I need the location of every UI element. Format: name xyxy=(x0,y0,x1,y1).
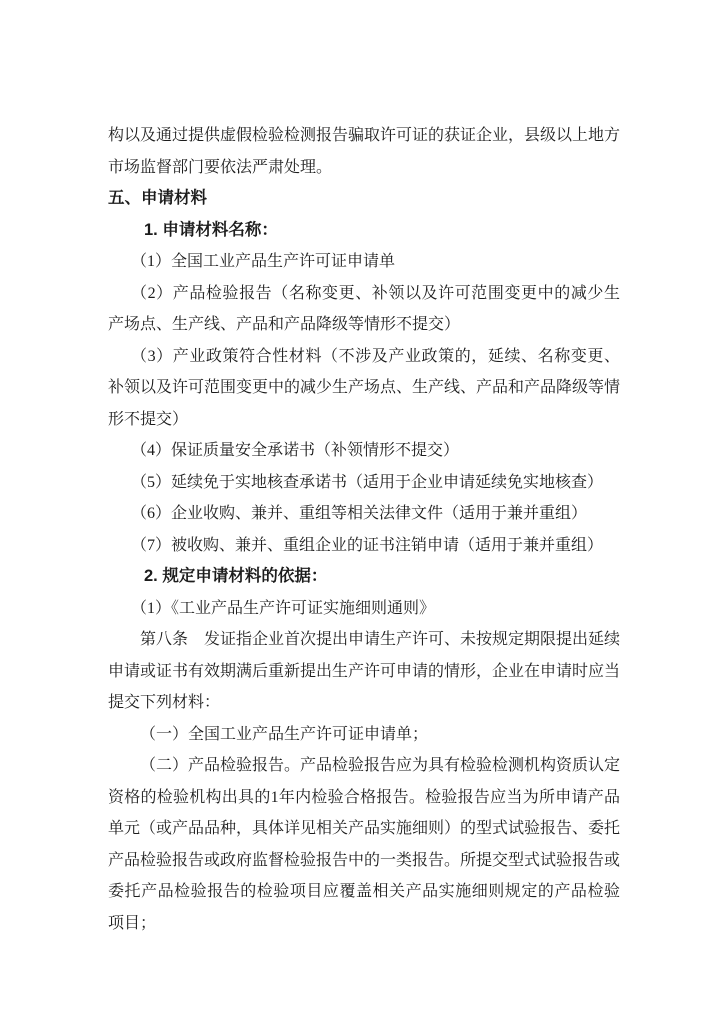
section-heading: 五、申请材料 xyxy=(108,183,620,215)
text-line: 产品检验报告或政府监督检验报告中的一类报告。所提交型式试验报告或 xyxy=(108,845,620,877)
list-item: （3）产业政策符合性材料（不涉及产业政策的，延续、名称变更、 xyxy=(108,341,620,373)
subsection-heading-1: 1. 申请材料名称： xyxy=(108,215,620,247)
list-item: （二）产品检验报告。产品检验报告应为具有检验检测机构资质认定 xyxy=(108,750,620,782)
text-line: 形不提交） xyxy=(108,404,620,436)
subsection-heading-2: 2. 规定申请材料的依据： xyxy=(108,561,620,593)
text-line: 单元（或产品品种，具体详见相关产品实施细则）的型式试验报告、委托 xyxy=(108,813,620,845)
text-line: 提交下列材料： xyxy=(108,687,620,719)
text-line: 补领以及许可范围变更中的减少生产场点、生产线、产品和产品降级等情 xyxy=(108,372,620,404)
list-item: （1）《工业产品生产许可证实施细则通则》 xyxy=(108,593,620,625)
text-line: 委托产品检验报告的检验项目应覆盖相关产品实施细则规定的产品检验 xyxy=(108,876,620,908)
text-line: 申请或证书有效期满后重新提出生产许可申请的情形，企业在申请时应当 xyxy=(108,656,620,688)
text-line: 项目； xyxy=(108,908,620,940)
list-item: （2）产品检验报告（名称变更、补领以及许可范围变更中的减少生 xyxy=(108,278,620,310)
list-item: （6）企业收购、兼并、重组等相关法律文件（适用于兼并重组） xyxy=(108,498,620,530)
text-line: 构以及通过提供虚假检验检测报告骗取许可证的获证企业，县级以上地方 xyxy=(108,120,620,152)
list-item: （4）保证质量安全承诺书（补领情形不提交） xyxy=(108,435,620,467)
list-item: （7）被收购、兼并、重组企业的证书注销申请（适用于兼并重组） xyxy=(108,530,620,562)
text-line: 市场监督部门要依法严肃处理。 xyxy=(108,152,620,184)
text-line: 资格的检验机构出具的1年内检验合格报告。检验报告应当为所申请产品 xyxy=(108,782,620,814)
text-line: 产场点、生产线、产品和产品降级等情形不提交） xyxy=(108,309,620,341)
text-line: 第八条 发证指企业首次提出申请生产许可、未按规定期限提出延续 xyxy=(108,624,620,656)
document-text: 构以及通过提供虚假检验检测报告骗取许可证的获证企业，县级以上地方 市场监督部门要… xyxy=(108,120,620,939)
list-item: （5）延续免于实地核查承诺书（适用于企业申请延续免实地核查） xyxy=(108,467,620,499)
list-item: （一）全国工业产品生产许可证申请单； xyxy=(108,719,620,751)
list-item: （1）全国工业产品生产许可证申请单 xyxy=(108,246,620,278)
document-page: 构以及通过提供虚假检验检测报告骗取许可证的获证企业，县级以上地方 市场监督部门要… xyxy=(0,0,725,1024)
